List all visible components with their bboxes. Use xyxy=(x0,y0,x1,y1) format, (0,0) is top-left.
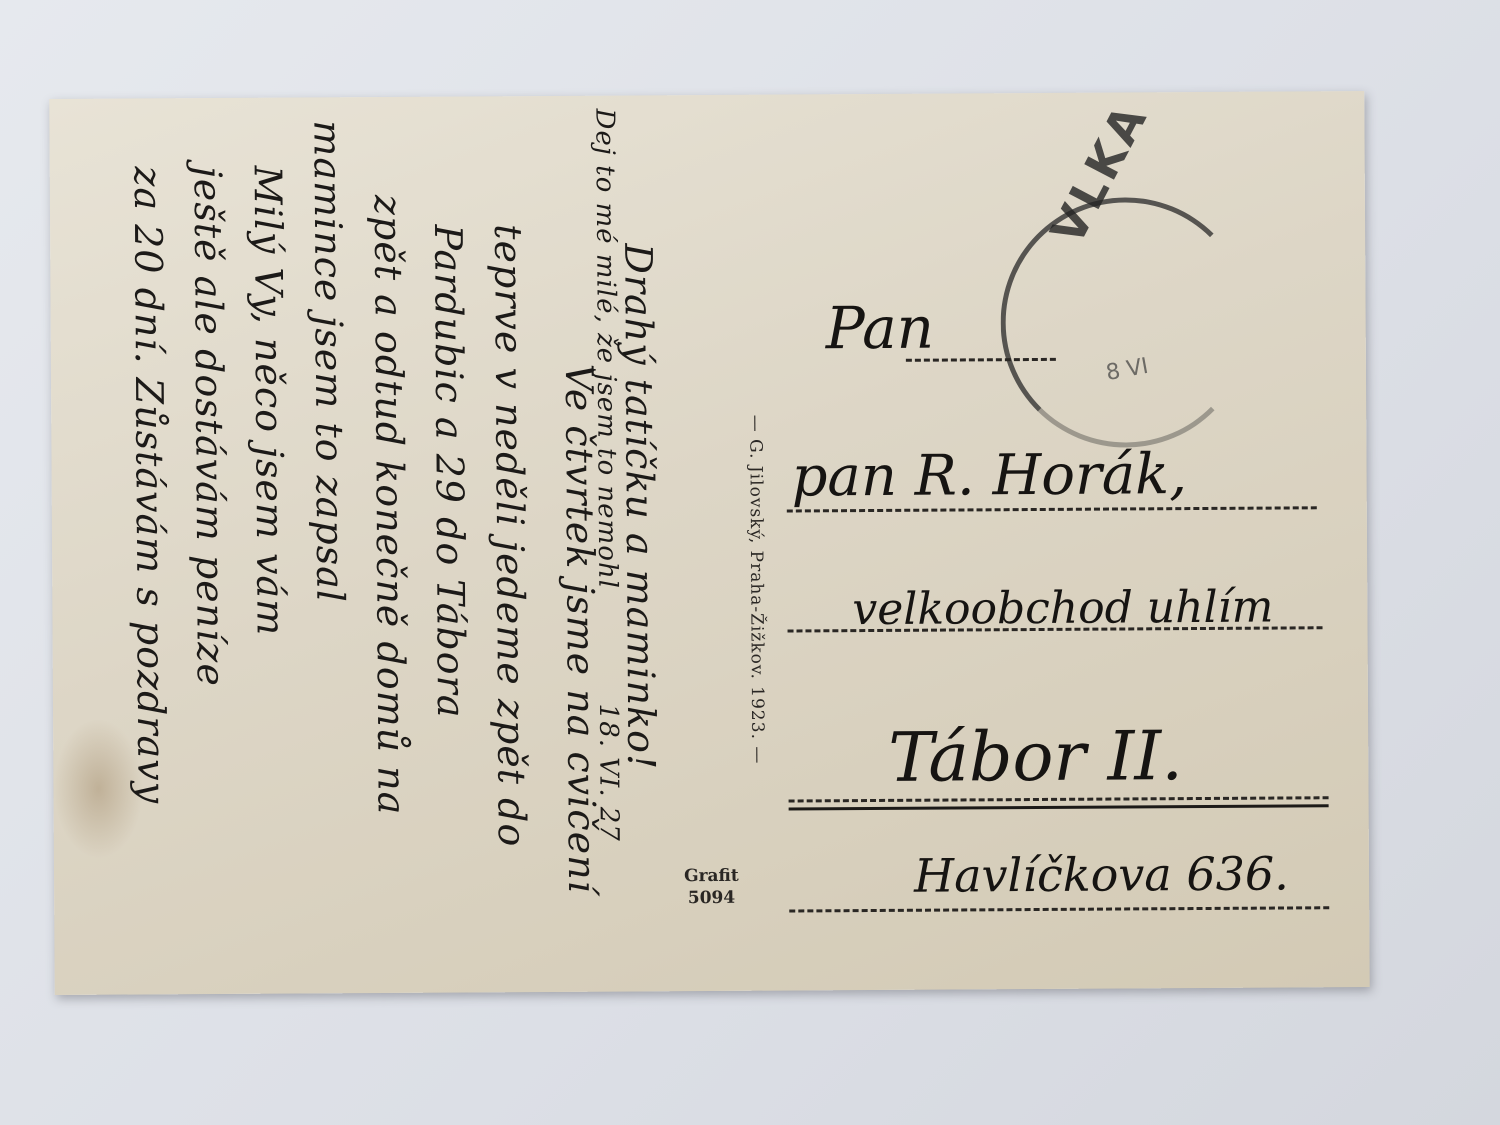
postcard: Dej to mé milé, že jsem to nemohl Drahý … xyxy=(49,91,1369,995)
message-line-9: za 20 dní. Zůstávám s pozdravy xyxy=(126,166,174,804)
address-recipient: pan R. Horák, xyxy=(791,442,1187,509)
address-city-underline xyxy=(789,804,1329,810)
series-name: Grafit xyxy=(684,865,739,887)
message-line-7: Milý Vy, něco jsem vám xyxy=(246,166,293,637)
message-line-1: Drahý tatíčku a maminko! xyxy=(616,243,663,770)
message-line-4: Pardubic a 29 do Tábora xyxy=(426,224,473,718)
address-street: Havlíčkova 636. xyxy=(914,846,1289,902)
address-line-5 xyxy=(789,906,1329,912)
series-number: 5094 xyxy=(684,887,739,909)
postmark-circle xyxy=(1000,197,1252,449)
message-date: 18. VI. 27 xyxy=(593,704,624,842)
message-line-6: mamince jsem to zapsal xyxy=(305,120,352,603)
message-line-5: zpět a odtud konečně domů na xyxy=(366,195,414,816)
message-line-8: ještě ale dostávám peníze xyxy=(186,166,233,687)
address-salutation: Pan xyxy=(825,294,934,363)
handwritten-message: Dej to mé milé, že jsem to nemohl Drahý … xyxy=(59,103,704,987)
series-label: Grafit 5094 xyxy=(684,865,739,909)
publisher-imprint: — G. Jilovský, Praha-Žižkov. 1923. — xyxy=(745,415,767,765)
message-line-3: teprve v neděli jedeme zpět do xyxy=(486,224,534,847)
address-city: Tábor II. xyxy=(888,717,1183,798)
address-line-4 xyxy=(789,796,1329,802)
